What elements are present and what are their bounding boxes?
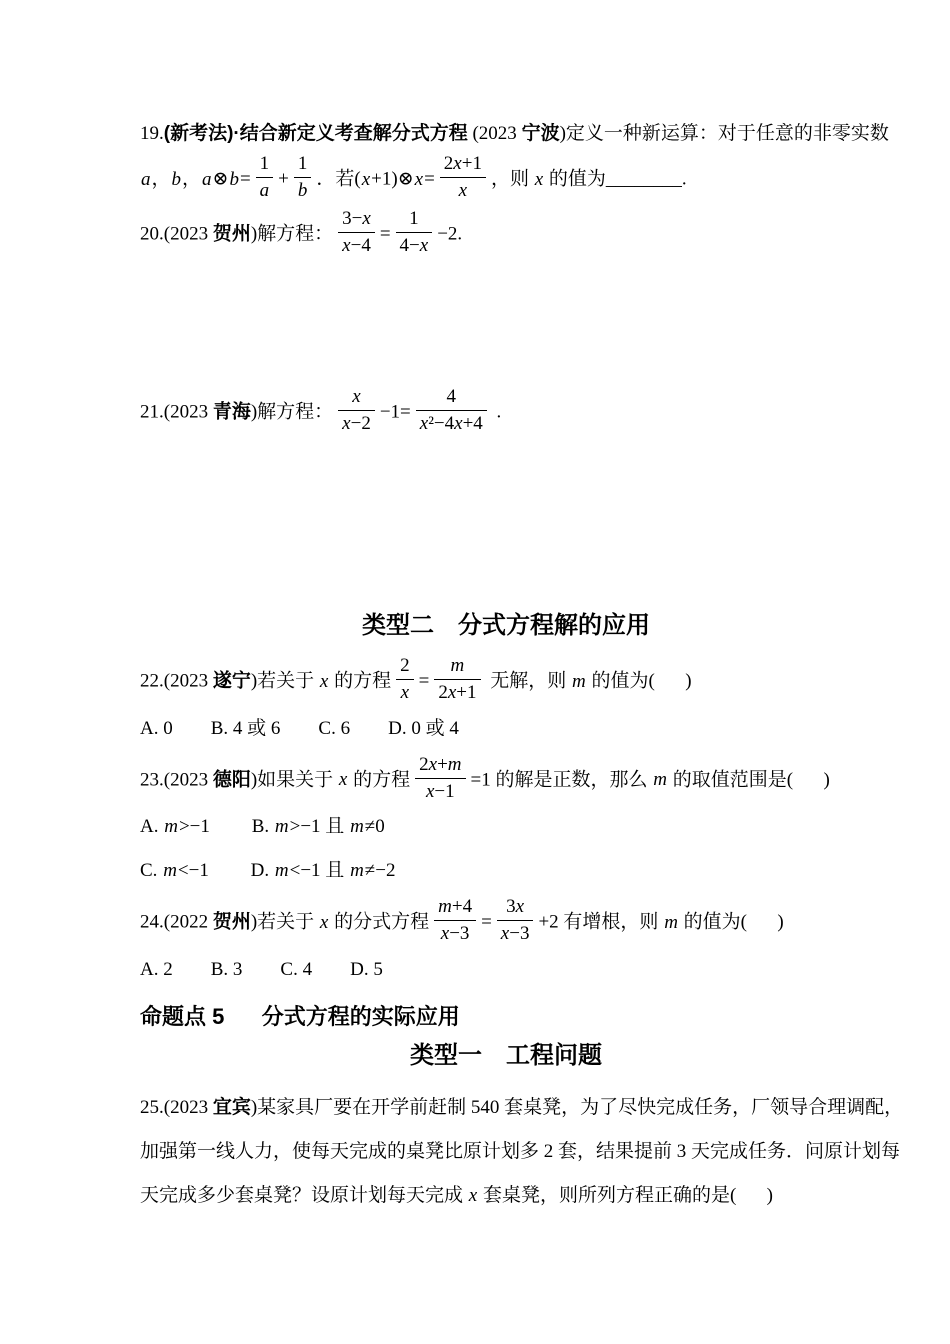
text-run: 24.(2022	[140, 912, 213, 933]
math-text: x	[338, 769, 348, 790]
fraction-denominator: x−1	[415, 779, 465, 803]
problem-line: 21.(2023 青海)解方程：xx−2−1=4x²−4x+4 .	[140, 389, 872, 438]
text-run: D. 5	[350, 959, 383, 980]
problem-25: 25.(2023 宜宾)某家具厂要在开学前赶制 540 套桌凳，为了尽快完成任务…	[140, 1086, 872, 1218]
math-text: m	[652, 769, 668, 790]
text-run: 工程问题	[506, 1042, 602, 1069]
problem-line: 20.(2023 贺州)解方程：3−xx−4=14−x−2.	[140, 211, 872, 260]
text-run: 天完成多少套桌凳？设原计划每天完成	[140, 1185, 468, 1206]
bold-text: 贺州	[213, 223, 251, 244]
math-text: m	[571, 671, 587, 692]
fraction-numerator: 1	[396, 208, 433, 233]
text-run: 的方程	[329, 671, 391, 692]
text-run: 20.(2023	[140, 223, 213, 244]
content-area: 19.(新考法)·结合新定义考查解分式方程 (2023 宁波)定义一种新运算：对…	[0, 0, 950, 1218]
math-text: =1	[471, 769, 491, 790]
text-run: )定义一种新运算：对于任意的非零实数	[560, 123, 889, 144]
fraction-denominator: 2x+1	[434, 680, 480, 704]
fraction: 2x+mx−1	[415, 754, 465, 803]
text-run: 有增根，则	[559, 912, 664, 933]
math-text: A. m>−1	[140, 816, 210, 837]
math-text: D. m<−1 且 m≠−2	[251, 860, 396, 881]
text-run: 的取值范围是(	[668, 769, 793, 790]
bold-text: 宁波	[522, 123, 560, 144]
worksheet-page: 19.(新考法)·结合新定义考查解分式方程 (2023 宁波)定义一种新运算：对…	[0, 0, 950, 1344]
fraction-numerator: 1	[256, 153, 274, 178]
fraction: 3−xx−4	[338, 208, 375, 257]
text-run: ，则	[491, 169, 534, 190]
bold-text: (新考法)·结合新定义考查解分式方程	[164, 123, 468, 144]
math-text: =	[419, 671, 430, 692]
fraction: 14−x	[396, 208, 433, 257]
fraction-denominator: a	[256, 178, 274, 202]
text-run: )某家具厂要在开学前赶制 540 套桌凳，为了尽快完成任务，厂领导合理调配，	[251, 1097, 903, 1118]
problem-line: 加强第一线人力，使每天完成的桌凳比原计划多 2 套，结果提前 3 天完成任务．问…	[140, 1130, 872, 1174]
section-heading-type1: 类型一工程问题	[140, 1040, 872, 1072]
fraction: 4x²−4x+4	[416, 386, 487, 435]
text-run: 类型二	[362, 612, 434, 639]
problem-line: 25.(2023 宜宾)某家具厂要在开学前赶制 540 套桌凳，为了尽快完成任务…	[140, 1086, 872, 1130]
text-run: C. 6	[318, 718, 350, 739]
math-text: m	[663, 912, 679, 933]
problem-19: 19.(新考法)·结合新定义考查解分式方程 (2023 宁波)定义一种新运算：对…	[140, 112, 872, 205]
fraction-denominator: b	[294, 178, 312, 202]
text-run: B. 3	[211, 959, 243, 980]
bold-text: 青海	[213, 402, 251, 423]
fraction: 2x+1x	[440, 153, 486, 202]
fraction-numerator: m	[434, 655, 480, 680]
text-run: ．若	[316, 169, 354, 190]
text-run: 加强第一线人力，使每天完成的桌凳比原计划多 2 套，结果提前 3 天完成任务．问…	[140, 1141, 900, 1162]
problem-line: 天完成多少套桌凳？设原计划每天完成 x 套桌凳，则所列方程正确的是()	[140, 1174, 872, 1218]
text-run: )解方程：	[251, 223, 333, 244]
fraction-numerator: 3x	[497, 896, 534, 921]
math-text: x	[319, 912, 329, 933]
text-run: .	[492, 402, 502, 423]
bold-text: 遂宁	[213, 671, 251, 692]
text-run: ，	[182, 169, 201, 190]
text-run: B. 4 或 6	[211, 718, 281, 739]
topic-heading-5: 命题点 5分式方程的实际应用	[140, 1002, 872, 1032]
text-run: )	[685, 671, 691, 692]
fraction: 3xx−3	[497, 896, 534, 945]
math-text: C. m<−1	[140, 860, 209, 881]
fraction: 2x	[396, 655, 414, 704]
fraction-numerator: m+4	[434, 896, 476, 921]
text-run: 25.(2023	[140, 1097, 213, 1118]
fraction: xx−2	[338, 386, 375, 435]
fraction-denominator: 4−x	[396, 233, 433, 257]
math-text: b	[171, 169, 183, 190]
fraction-numerator: 4	[416, 386, 487, 411]
text-run: 分式方程的实际应用	[262, 1004, 460, 1029]
text-run: )	[823, 769, 829, 790]
problem-line: A. 2B. 3C. 4D. 5	[140, 948, 872, 992]
text-run: 的值为(	[587, 671, 655, 692]
fraction-denominator: x−3	[497, 921, 534, 945]
math-text: x	[534, 169, 544, 190]
fraction-numerator: 3−x	[338, 208, 375, 233]
text-run: )解方程：	[251, 402, 333, 423]
fraction-denominator: x	[396, 680, 414, 704]
text-run: 分式方程解的应用	[458, 612, 650, 639]
text-run: 的分式方程	[329, 912, 429, 933]
fraction: 1b	[294, 153, 312, 202]
math-text: =	[481, 912, 492, 933]
math-text: a	[140, 169, 152, 190]
problem-24: 24.(2022 贺州)若关于 x 的分式方程m+4x−3=3xx−3+2 有增…	[140, 899, 872, 992]
problem-20: 20.(2023 贺州)解方程：3−xx−4=14−x−2.	[140, 211, 872, 260]
text-run: 的解是正数，那么	[491, 769, 653, 790]
fraction-denominator: x−3	[434, 921, 476, 945]
text-run: 类型一	[410, 1042, 482, 1069]
problem-line: C. m<−1D. m<−1 且 m≠−2	[140, 849, 872, 893]
text-run: (2023	[468, 123, 522, 144]
math-text: x	[468, 1185, 478, 1206]
text-run: 23.(2023	[140, 769, 213, 790]
text-run: C. 4	[280, 959, 312, 980]
text-run: )若关于	[251, 671, 319, 692]
text-run: 无解，则	[486, 671, 572, 692]
fraction-numerator: 1	[294, 153, 312, 178]
problem-line: 24.(2022 贺州)若关于 x 的分式方程m+4x−3=3xx−3+2 有增…	[140, 899, 872, 948]
math-text: a⊗b=	[201, 169, 251, 190]
math-text: B. m>−1 且 m≠0	[252, 816, 385, 837]
problem-line: 22.(2023 遂宁)若关于 x 的方程2x=m2x+1 无解，则 m 的值为…	[140, 658, 872, 707]
fraction: m+4x−3	[434, 896, 476, 945]
bold-text: 宜宾	[213, 1097, 251, 1118]
math-text: (x+1)⊗x=	[354, 169, 434, 190]
text-run: 22.(2023	[140, 671, 213, 692]
problem-line: 19.(新考法)·结合新定义考查解分式方程 (2023 宁波)定义一种新运算：对…	[140, 112, 872, 156]
text-run: 的值为(	[679, 912, 747, 933]
fraction-numerator: x	[338, 386, 375, 411]
text-run: )如果关于	[251, 769, 338, 790]
fraction: 1a	[256, 153, 274, 202]
problem-line: 23.(2023 德阳)如果关于 x 的方程2x+mx−1=1 的解是正数，那么…	[140, 757, 872, 806]
text-run: A. 0	[140, 718, 173, 739]
fraction-denominator: x−4	[338, 233, 375, 257]
text-run: ，	[152, 169, 171, 190]
fraction-numerator: 2x+1	[440, 153, 486, 178]
text-run: 命题点 5	[140, 1004, 224, 1029]
math-text: +	[278, 169, 289, 190]
fraction-denominator: x²−4x+4	[416, 411, 487, 435]
fraction-numerator: 2x+m	[415, 754, 465, 779]
text-run: 的值为________.	[544, 169, 687, 190]
fraction-denominator: x−2	[338, 411, 375, 435]
problem-line: A. m>−1B. m>−1 且 m≠0	[140, 805, 872, 849]
text-run: A. 2	[140, 959, 173, 980]
math-text: −2.	[437, 223, 462, 244]
fraction-denominator: x	[440, 178, 486, 202]
math-text: −1=	[380, 402, 411, 423]
text-run: 21.(2023	[140, 402, 213, 423]
section-heading-type2: 类型二分式方程解的应用	[140, 610, 872, 642]
text-run: 套桌凳，则所列方程正确的是(	[478, 1185, 736, 1206]
bold-text: 德阳	[213, 769, 251, 790]
problem-23: 23.(2023 德阳)如果关于 x 的方程2x+mx−1=1 的解是正数，那么…	[140, 757, 872, 894]
math-text: =	[380, 223, 391, 244]
text-run: D. 0 或 4	[388, 718, 459, 739]
math-text: +2	[538, 912, 558, 933]
text-run: )	[777, 912, 783, 933]
fraction: m2x+1	[434, 655, 480, 704]
math-text: x	[319, 671, 329, 692]
text-run: )	[767, 1185, 773, 1206]
problem-line: a，b，a⊗b=1a+1b．若(x+1)⊗x=2x+1x，则 x 的值为____…	[140, 156, 872, 205]
bold-text: 贺州	[213, 912, 251, 933]
text-run: )若关于	[251, 912, 319, 933]
text-run: 的方程	[348, 769, 410, 790]
text-run: 19.	[140, 123, 164, 144]
fraction-numerator: 2	[396, 655, 414, 680]
problem-22: 22.(2023 遂宁)若关于 x 的方程2x=m2x+1 无解，则 m 的值为…	[140, 658, 872, 751]
problem-21: 21.(2023 青海)解方程：xx−2−1=4x²−4x+4 .	[140, 389, 872, 438]
problem-line: A. 0B. 4 或 6C. 6D. 0 或 4	[140, 707, 872, 751]
